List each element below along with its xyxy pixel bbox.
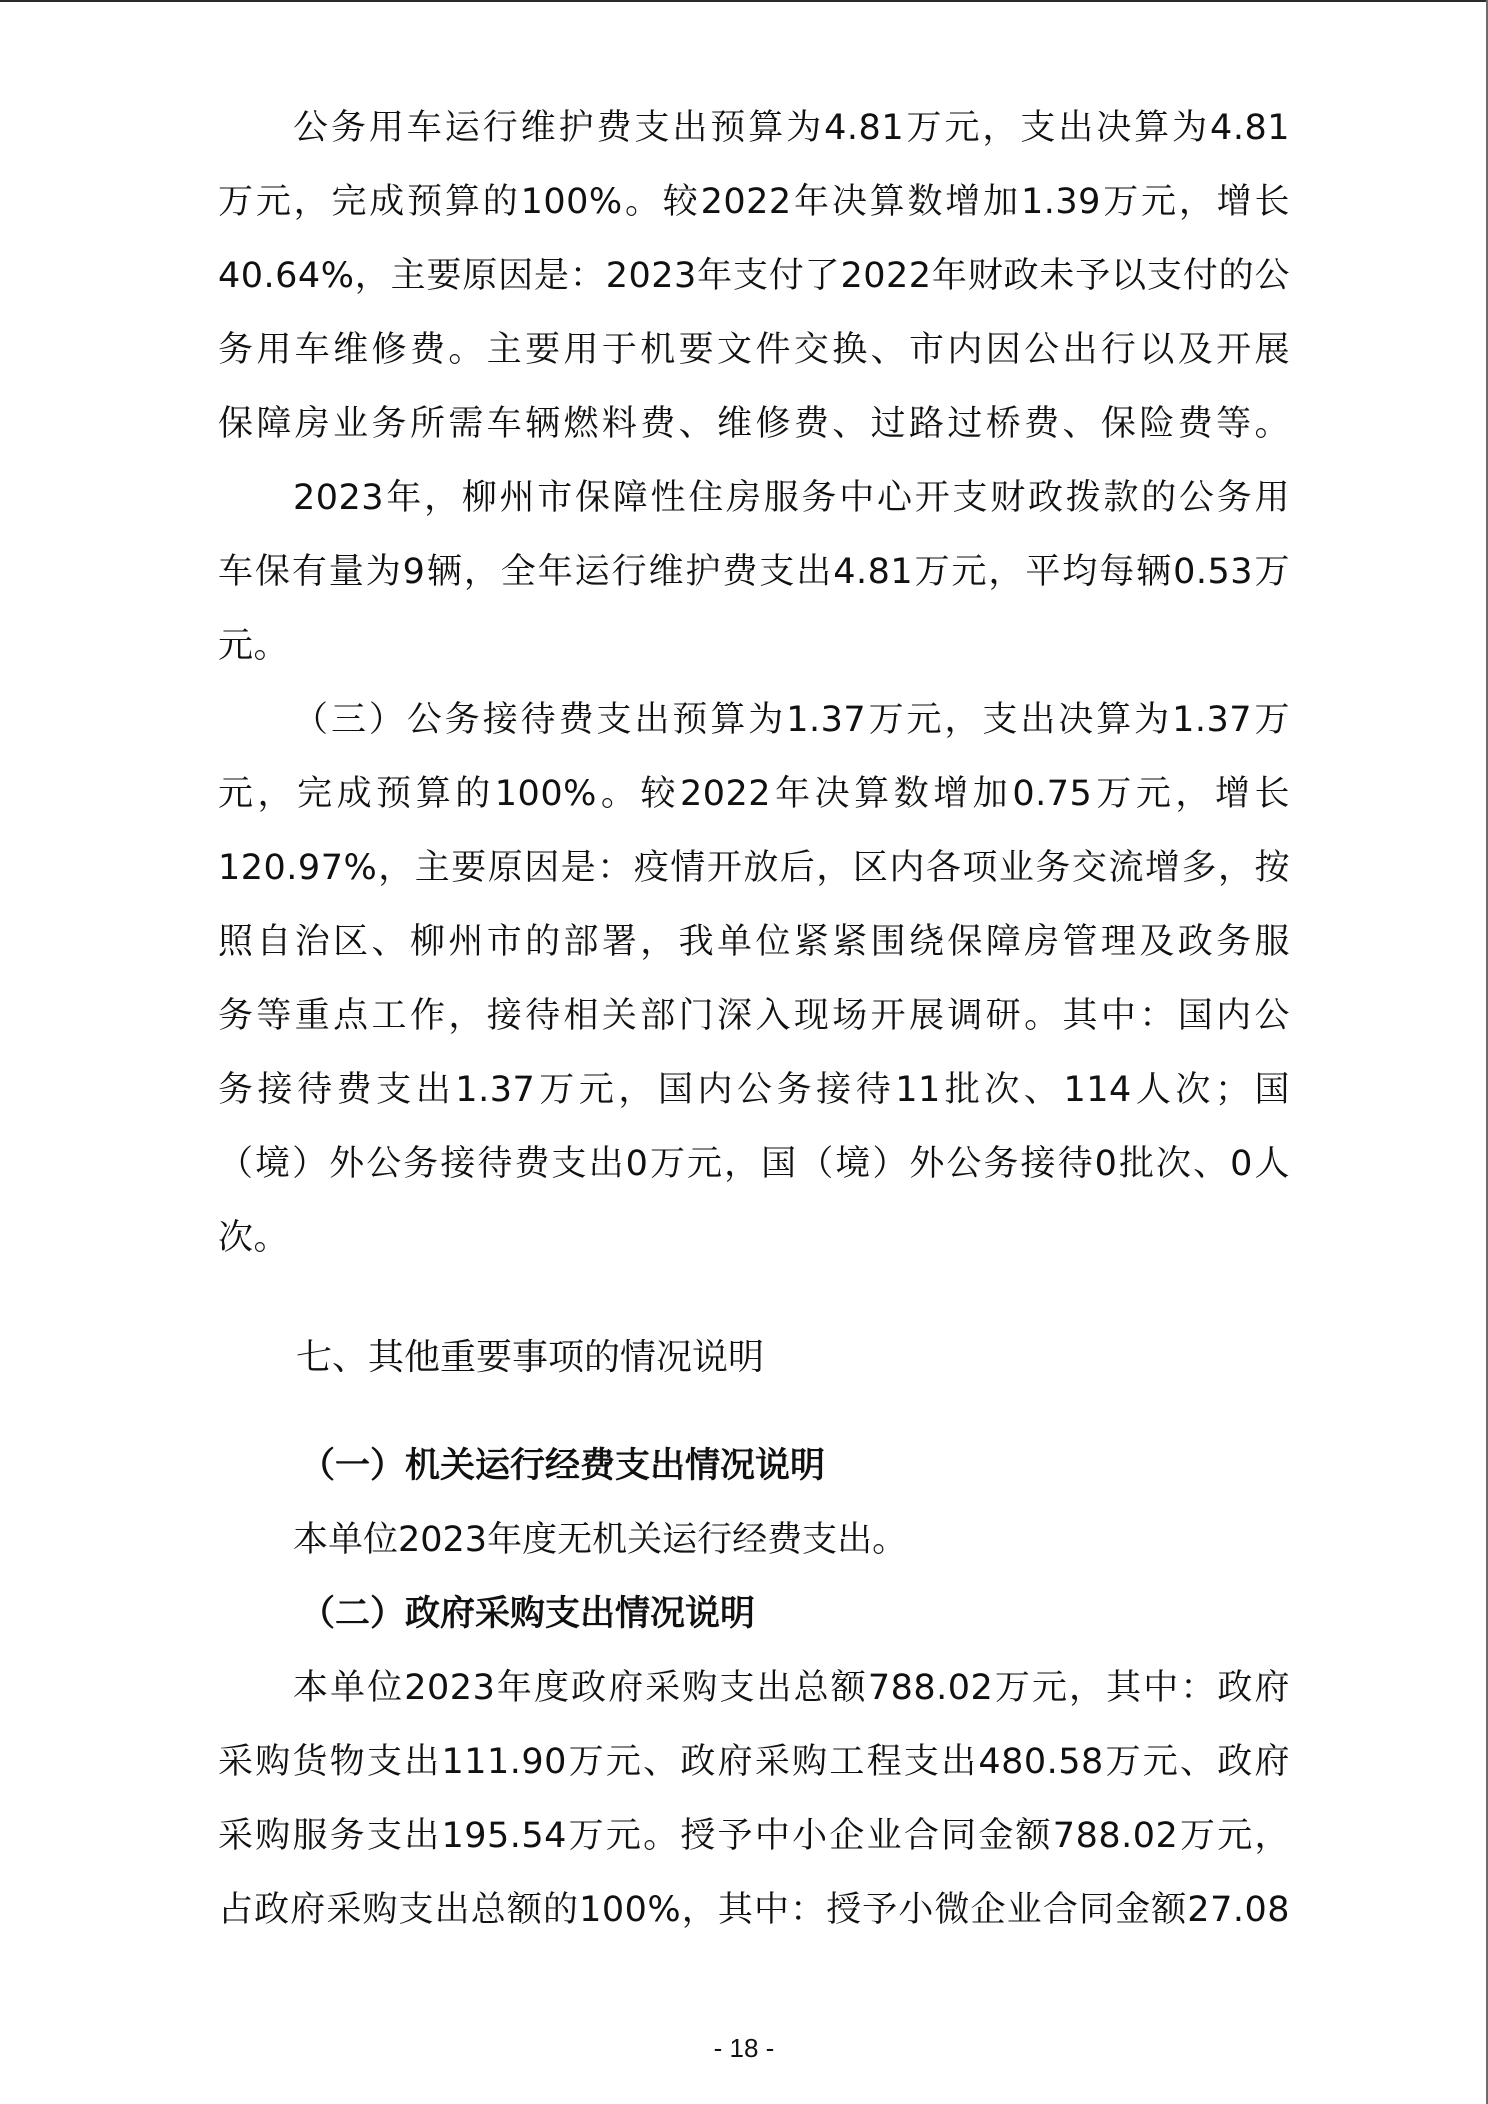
text-line: 元，完成预算的100%。较2022年决算数增加0.75万元，增长 xyxy=(218,772,1290,816)
text-line: 保障房业务所需车辆燃料费、维修费、过路过桥费、保险费等。 xyxy=(218,402,1290,446)
text-line: 公务用车运行维护费支出预算为4.81万元，支出决算为4.81 xyxy=(293,106,1290,150)
text-line: 本单位2023年度政府采购支出总额788.02万元，其中：政府 xyxy=(293,1666,1290,1710)
text-line: 务用车维修费。主要用于机要文件交换、市内因公出行以及开展 xyxy=(218,328,1290,372)
text-line: 照自治区、柳州市的部署，我单位紧紧围绕保障房管理及政务服 xyxy=(218,920,1290,964)
text-line: 车保有量为9辆，全年运行维护费支出4.81万元，平均每辆0.53万 xyxy=(218,550,1290,594)
text-line: （三）公务接待费支出预算为1.37万元，支出决算为1.37万 xyxy=(293,698,1290,742)
text-line: 次。 xyxy=(218,1216,1290,1260)
text-line: 占政府采购支出总额的100%，其中：授予小微企业合同金额27.08 xyxy=(218,1888,1290,1932)
text-line: 本单位2023年度无机关运行经费支出。 xyxy=(293,1518,907,1562)
text-line: 万元，完成预算的100%。较2022年决算数增加1.39万元，增长 xyxy=(218,180,1290,224)
text-line: 采购服务支出195.54万元。授予中小企业合同金额788.02万元， xyxy=(218,1814,1290,1858)
document-page: 公务用车运行维护费支出预算为4.81万元，支出决算为4.81 万元，完成预算的1… xyxy=(0,0,1488,2104)
text-line: 2023年，柳州市保障性住房服务中心开支财政拨款的公务用 xyxy=(293,476,1290,520)
subsection-title-operating-costs: （一）机关运行经费支出情况说明 xyxy=(300,1444,825,1488)
text-line: 40.64%，主要原因是：2023年支付了2022年财政未予以支付的公 xyxy=(218,254,1290,298)
text-line: 务等重点工作，接待相关部门深入现场开展调研。其中：国内公 xyxy=(218,994,1290,1038)
section-heading: 七、其他重要事项的情况说明 xyxy=(296,1336,764,1380)
text-line: 元。 xyxy=(218,624,1290,668)
page-number: - 18 - xyxy=(0,2032,1488,2064)
subsection-title-procurement: （二）政府采购支出情况说明 xyxy=(300,1592,755,1636)
text-line: 务接待费支出1.37万元，国内公务接待11批次、114人次；国 xyxy=(218,1068,1290,1112)
text-line: 120.97%，主要原因是：疫情开放后，区内各项业务交流增多，按 xyxy=(218,846,1290,890)
text-line: 采购货物支出111.90万元、政府采购工程支出480.58万元、政府 xyxy=(218,1740,1290,1784)
text-line: （境）外公务接待费支出0万元，国（境）外公务接待0批次、0人 xyxy=(218,1142,1290,1186)
